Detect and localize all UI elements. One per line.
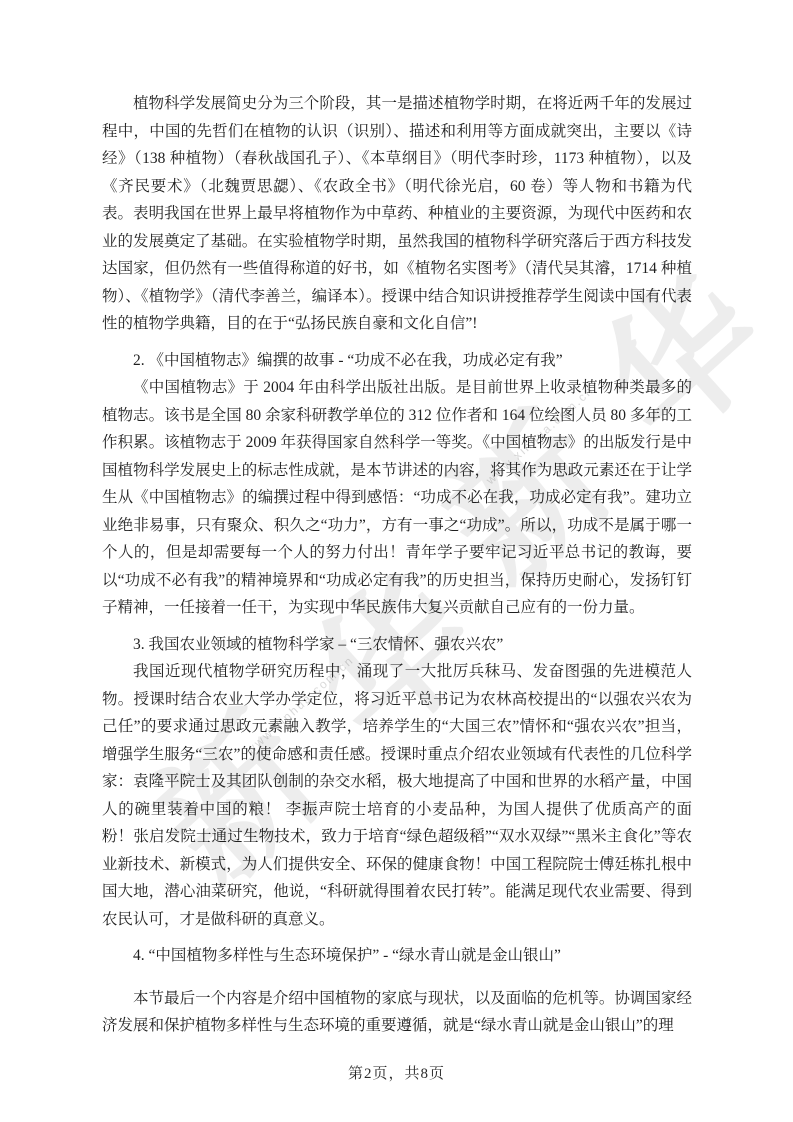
section-heading-biodiversity: 4. “中国植物多样性与生态环境保护” - “绿水青山就是金山银山” xyxy=(102,942,692,970)
paragraph-flora-of-china: 《中国植物志》于 2004 年由科学出版社出版。是目前世界上收录植物种类最多的植… xyxy=(102,374,692,622)
section-heading-agri-scientists: 3. 我国农业领域的植物科学家 – “三农情怀、强农兴农” xyxy=(102,631,692,659)
paragraph-plant-science-history: 植物科学发展简史分为三个阶段，其一是描述植物学时期，在将近两千年的发展过程中，中… xyxy=(102,90,692,338)
page-content: 植物科学发展简史分为三个阶段，其一是描述植物学时期，在将近两千年的发展过程中，中… xyxy=(102,90,692,1040)
page-number: 第2页，共8页 xyxy=(0,1062,793,1083)
section-heading-flora-of-china: 2. 《中国植物志》编撰的故事 - “功成不必在我，功成必定有我” xyxy=(102,347,692,375)
paragraph-agri-scientists: 我国近现代植物学研究历程中，涌现了一大批厉兵秣马、发奋图强的先进模范人物。授课时… xyxy=(102,658,692,933)
document-page: 新华 新华 www.xinhua.com.cn www.xinhua.com.c… xyxy=(0,0,793,1122)
paragraph-biodiversity: 本节最后一个内容是介绍中国植物的家底与现状，以及面临的危机等。协调国家经济发展和… xyxy=(102,985,692,1040)
